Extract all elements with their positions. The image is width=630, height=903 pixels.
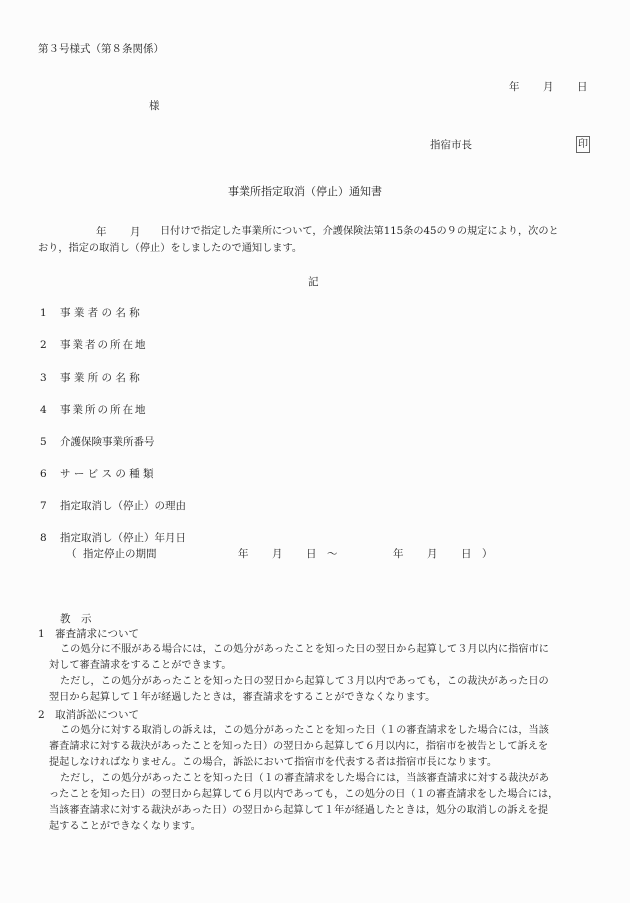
instruction-heading: 教 示 xyxy=(60,612,92,626)
to-month: 月 xyxy=(427,547,438,561)
date-year: 年 xyxy=(509,80,520,94)
item-label: 指定取消し（停止）年月日 xyxy=(60,531,186,545)
section-line: 翌日から起算して１年が経過したときは，審査請求をすることができなくなります。 xyxy=(49,690,435,705)
section-line: 起することができなくなります。 xyxy=(49,819,201,834)
paren-open: （ xyxy=(66,547,77,561)
item-label: 介護保険事業所番号 xyxy=(60,435,155,449)
form-number: 第３号様式（第８条関係） xyxy=(38,42,164,56)
date-month: 月 xyxy=(543,80,554,94)
item-label: 事業所の所在地 xyxy=(60,403,148,417)
section-line: この処分に対する取消しの訴えは，この処分があったことを知った日（１の審査請求をし… xyxy=(60,723,549,738)
item-label: 事 業 所 の 名 称 xyxy=(60,371,140,385)
item-number: 7 xyxy=(40,499,47,513)
item-label: 指定取消し（停止）の理由 xyxy=(60,499,186,513)
section-title: 1 審査請求について xyxy=(38,627,139,642)
from-year: 年 xyxy=(238,547,249,561)
section-line: 対して審査請求をすることができます。 xyxy=(49,658,232,673)
section-line: 提起しなければなりません。この場合，訴訟において指宿市を代表する者は指宿市長にな… xyxy=(49,755,497,770)
item-label: サ ー ビ ス の 種 類 xyxy=(60,467,154,481)
tilde: ～ xyxy=(327,547,338,561)
item-label: 事 業 者 の 名 称 xyxy=(60,306,140,320)
intro-year: 年 xyxy=(96,225,107,239)
seal-box: 印 xyxy=(576,136,590,153)
from-day: 日 xyxy=(306,547,317,561)
to-year: 年 xyxy=(393,547,404,561)
item-number: 5 xyxy=(40,435,47,449)
item-label: 事業者の所在地 xyxy=(60,338,148,352)
item-number: 6 xyxy=(40,467,47,481)
issuer-name: 指宿市長 xyxy=(430,138,472,152)
item-number: 8 xyxy=(40,531,47,545)
section-line: 審査請求に対する裁決があったことを知った日）の翌日から起算して６月以内に，指宿市… xyxy=(49,739,548,754)
document-title: 事業所指定取消（停止）通知書 xyxy=(228,185,382,199)
intro-line1: 日付けで指定した事業所について，介護保険法第115条の45の９の規定により，次の… xyxy=(160,225,559,239)
item-number: 3 xyxy=(40,371,47,385)
item-number: 1 xyxy=(40,306,47,320)
section-line: 当該審査請求に対する裁決があった日）の翌日から起算して１年が経過したときは，処分… xyxy=(49,803,548,818)
section-line: この処分に不服がある場合には，この処分があったことを知った日の翌日から起算して３… xyxy=(60,642,549,657)
section-line: ただし，この処分があったことを知った日の翌日から起算して３月以内であっても，この… xyxy=(60,674,549,689)
intro-line2: おり，指定の取消し（停止）をしましたので通知します。 xyxy=(38,242,302,256)
date-day: 日 xyxy=(577,80,588,94)
item-number: 4 xyxy=(40,403,47,417)
intro-month: 月 xyxy=(130,225,141,239)
paren-close: ） xyxy=(482,547,493,561)
addressee-suffix: 様 xyxy=(149,99,160,113)
to-day: 日 xyxy=(461,547,472,561)
ki-heading: 記 xyxy=(308,275,319,289)
section-line: ただし，この処分があったことを知った日（１の審査請求をした場合には，当該審査請求… xyxy=(60,771,549,786)
suspension-label: 指定停止の期間 xyxy=(83,547,157,561)
item-number: 2 xyxy=(40,338,47,352)
section-line: ったことを知った日）の翌日から起算して６月以内であっても，この処分の日（１の審査… xyxy=(49,787,558,802)
from-month: 月 xyxy=(272,547,283,561)
section-title: 2 取消訴訟について xyxy=(38,708,139,723)
